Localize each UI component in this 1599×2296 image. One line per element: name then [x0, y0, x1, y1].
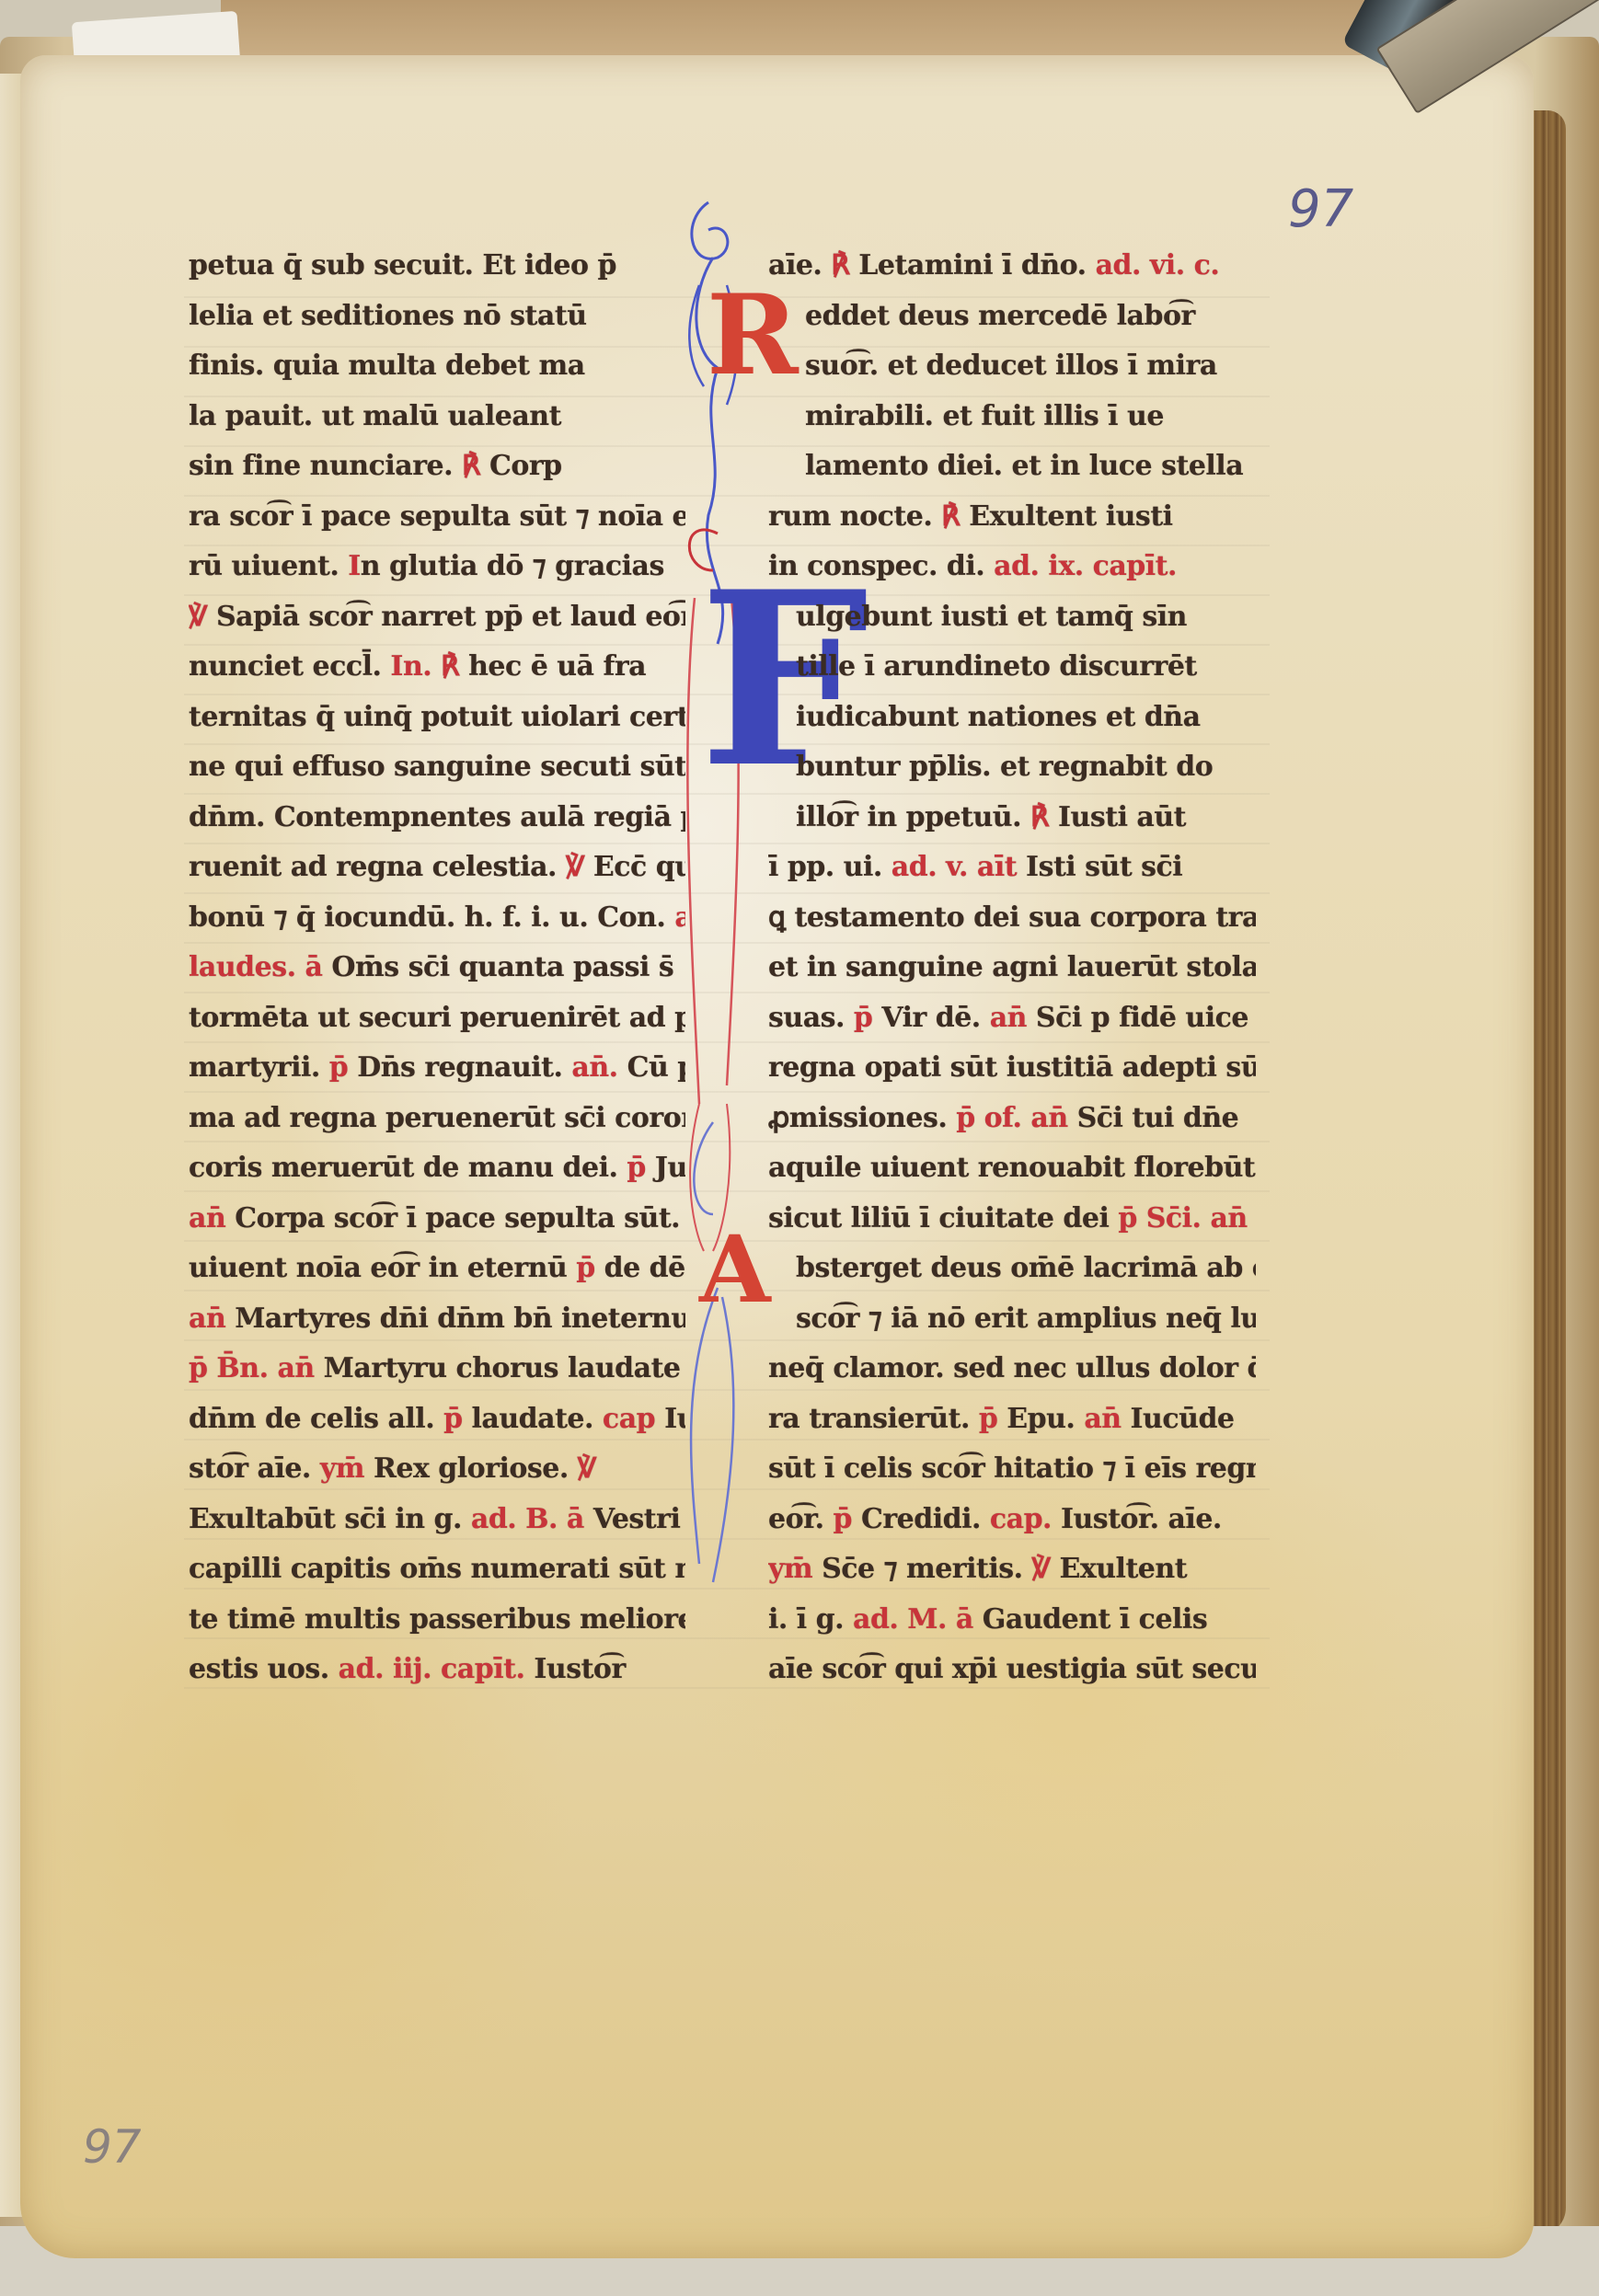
text-segment: Iu — [664, 1403, 685, 1435]
rubric-text: ℣ — [566, 851, 593, 883]
rubric-text: ad. v. aīt — [892, 851, 1026, 883]
text-line: uiuent noīa eo͡r in eternū p̄ de dē. — [189, 1244, 685, 1294]
text-segment: Gaudent ī celis — [983, 1603, 1207, 1636]
text-segment: Iusto͡r. aīe. — [1061, 1503, 1222, 1535]
text-line: la pauit. ut malū ualeant — [189, 392, 685, 442]
text-segment: bsterget deus om̄ē lacrimā ab oculis — [796, 1252, 1256, 1284]
rubric-text: p̄ — [329, 1051, 357, 1084]
rubric-text: ym̄ — [320, 1452, 374, 1485]
text-line: aīe. ℟ Letamini ī dn̄o. ad. vi. c. — [768, 241, 1256, 292]
text-segment: suas. — [768, 1002, 854, 1034]
folio-number-top: 97 — [1288, 179, 1353, 239]
text-segment: i. ī g. — [768, 1603, 853, 1636]
text-segment: aīe sco͡r qui xp̄i uestigia sūt secuti — [768, 1653, 1256, 1685]
text-segment: finis. quia multa debet ma — [189, 350, 585, 382]
rubric-text: ℟ — [831, 249, 858, 281]
text-segment: sūt ī celis sco͡r hitatio ⁊ ī eīs regna — [768, 1452, 1256, 1485]
text-segment: nunciet eccl̄. — [189, 650, 390, 683]
text-line: et in sanguine agni lauerūt stolas — [768, 943, 1256, 993]
text-line: estis uos. ad. iij. capīt. Iusto͡r — [189, 1645, 685, 1695]
text-line: sin fine nunciare. ℟ Corp — [189, 442, 685, 492]
text-segment: sto͡r aīe. — [189, 1452, 320, 1485]
text-segment: la pauit. ut malū ualeant — [189, 400, 561, 432]
rubric-text: ℣ — [578, 1452, 596, 1485]
text-segment: sicut liliū ī ciuitate dei — [768, 1202, 1118, 1234]
text-segment: mirabili. et fuit illis ī ue — [805, 400, 1164, 432]
rubric-text: ym̄ — [768, 1553, 822, 1585]
rubric-text: ℣ — [189, 601, 216, 633]
rubric-text: ℟ — [941, 500, 969, 533]
text-segment: n glutia dō ⁊ gracias — [361, 550, 664, 582]
text-segment: eo͡r. — [768, 1503, 834, 1535]
text-segment: Corp — [489, 450, 562, 482]
rubric-text: ad. M. ā — [853, 1603, 983, 1636]
text-segment: Credidi. — [861, 1503, 990, 1535]
text-line: sūt ī celis sco͡r hitatio ⁊ ī eīs regna — [768, 1444, 1256, 1495]
text-line: ruenit ad regna celestia. ℣ Ecc̄ quā — [189, 843, 685, 893]
text-segment: ra transierūt. — [768, 1403, 979, 1435]
rubric-text: p̄ B̄n. an̄ — [189, 1352, 324, 1384]
text-line: tille ī arundineto discurrēt — [768, 642, 1256, 693]
text-line: Exultabūt sc̄i in g. ad. B. ā Vestri — [189, 1495, 685, 1545]
text-segment: suo͡r. et deducet illos ī mira — [805, 350, 1217, 382]
text-line: sto͡r aīe. ym̄ Rex gloriose. ℣ — [189, 1444, 685, 1495]
rubric-text: p̄ — [834, 1503, 861, 1535]
text-segment: buntur pp̄lis. et regnabit do — [796, 751, 1213, 783]
text-segment: dn̄m de celis all. — [189, 1403, 443, 1435]
text-segment: martyrii. — [189, 1051, 329, 1084]
text-line: finis. quia multa debet ma — [189, 341, 685, 392]
text-line: suas. p̄ Vir dē. an̄ Sc̄i p fidē uice — [768, 993, 1256, 1044]
text-segment: Letamini ī dn̄o. — [858, 249, 1095, 281]
text-segment: Sc̄e ⁊ meritis. — [822, 1553, 1031, 1585]
text-segment: ternitas q̄ uinq̄ potuit uiolari certami — [189, 701, 685, 733]
rubric-text: ℟ — [462, 450, 489, 482]
text-line: buntur pp̄lis. et regnabit do — [768, 742, 1256, 793]
text-segment: de dē. — [604, 1252, 685, 1284]
text-segment: ꝗ testamento dei sua corpora tradider̄ — [768, 901, 1256, 934]
text-segment: dn̄m. Contempnentes aulā regiā pe — [189, 801, 685, 833]
text-segment: Isti sūt sc̄i — [1026, 851, 1182, 883]
text-segment: Jub. — [655, 1152, 685, 1184]
text-segment: ulgebunt iusti et tamq̄ sīn — [796, 601, 1187, 633]
rubric-text: In. ℟ — [390, 650, 468, 683]
text-segment: ma ad regna peruenerūt sc̄i coronas de — [189, 1102, 685, 1134]
rubric-text: ℣ — [1032, 1553, 1060, 1585]
text-line: illo͡r in ppetuū. ℟ Iusti aūt — [768, 793, 1256, 844]
text-line: capilli capitis om̄s numerati sūt noli — [189, 1544, 685, 1595]
text-line: tormēta ut securi peruenirēt ad palmā — [189, 993, 685, 1044]
text-line: dn̄m. Contempnentes aulā regiā pe — [189, 793, 685, 844]
text-segment: illo͡r in ppetuū. — [796, 801, 1030, 833]
text-line: ulgebunt iusti et tamq̄ sīn — [768, 592, 1256, 643]
text-segment: tormēta ut securi peruenirēt ad palmā — [189, 1002, 685, 1034]
text-segment: Et ideo p̄ — [482, 249, 616, 281]
text-line: te timē multis passeribus meliores — [189, 1595, 685, 1646]
rubric-text: ad — [674, 901, 685, 934]
rubric-text: p̄ Sc̄i. an̄ — [1118, 1202, 1247, 1234]
rubric-text: p̄ of. an̄ — [956, 1102, 1076, 1134]
rubric-text: an̄ — [189, 1202, 235, 1234]
rubric-text: ad. ix. capīt. — [994, 550, 1177, 582]
text-segment: sco͡r ⁊ iā nō erit amplius neq̄ luctū — [796, 1303, 1256, 1335]
text-segment: Sc̄i tui dn̄e — [1077, 1102, 1239, 1134]
text-segment: uiuent noīa eo͡r in eternū — [189, 1252, 576, 1284]
text-segment: Iusti aūt — [1058, 801, 1186, 833]
text-segment: Vir dē. — [881, 1002, 989, 1034]
text-line: ra transierūt. p̄ Epu. an̄ Iucūde — [768, 1395, 1256, 1445]
text-line: ym̄ Sc̄e ⁊ meritis. ℣ Exultent — [768, 1544, 1256, 1595]
text-segment: lelia et seditiones nō statū — [189, 300, 587, 332]
text-segment: aquile uiuent renouabit florebūt — [768, 1152, 1255, 1184]
rubric-text: p̄ — [854, 1002, 881, 1034]
rubric-text: an̄. — [571, 1051, 627, 1084]
text-line: mirabili. et fuit illis ī ue — [768, 392, 1256, 442]
text-line: lamento diei. et in luce stella — [768, 442, 1256, 492]
text-segment: coris meruerūt de manu dei. — [189, 1152, 627, 1184]
text-line: ma ad regna peruenerūt sc̄i coronas de — [189, 1094, 685, 1144]
text-line: bonū ⁊ q̄ iocundū. h. f. i. u. Con. ad — [189, 893, 685, 944]
text-segment: estis uos. — [189, 1653, 339, 1685]
text-line: eo͡r. p̄ Credidi. cap. Iusto͡r. aīe. — [768, 1495, 1256, 1545]
text-line: neq̄ clamor. sed nec ullus dolor q̄ p̄o — [768, 1344, 1256, 1395]
text-segment: ꝓmissiones. — [768, 1102, 956, 1134]
text-line: ra sco͡r ī pace sepulta sūt ⁊ noīa eo — [189, 492, 685, 543]
text-segment: neq̄ clamor. sed nec ullus dolor q̄ p̄o — [768, 1352, 1256, 1384]
text-segment: iudicabunt nationes et dn̄a — [796, 701, 1201, 733]
rubric-text: ad. vi. c. — [1096, 249, 1220, 281]
text-segment: tille ī arundineto discurrēt — [796, 650, 1197, 683]
text-segment: ne qui effuso sanguine secuti sūt — [189, 751, 685, 783]
rubric-text: ad. iij. capīt. — [339, 1653, 535, 1685]
text-segment: rū uiuent. — [189, 550, 348, 582]
rubric-text: laudes. ā — [189, 951, 331, 983]
text-line: ī pp. ui. ad. v. aīt Isti sūt sc̄i — [768, 843, 1256, 893]
text-line: coris meruerūt de manu dei. p̄ Jub. — [189, 1143, 685, 1194]
text-line: in conspec. di. ad. ix. capīt. — [768, 542, 1256, 592]
text-segment: Om̄s sc̄i quanta passi s̄ — [331, 951, 673, 983]
text-line: eddet deus mercedē labo͡r — [768, 292, 1256, 342]
text-line: sco͡r ⁊ iā nō erit amplius neq̄ luctū — [768, 1294, 1256, 1345]
rubric-text: p̄ — [979, 1403, 1007, 1435]
text-line: dn̄m de celis all. p̄ laudate. cap Iu — [189, 1395, 685, 1445]
text-segment: Rex gloriose. — [374, 1452, 578, 1485]
text-line: ꝓmissiones. p̄ of. an̄ Sc̄i tui dn̄e — [768, 1094, 1256, 1144]
text-segment: eddet deus mercedē labo͡r — [805, 300, 1195, 332]
rubric-text: I — [348, 550, 361, 582]
rubric-text: ℟ — [1030, 801, 1058, 833]
text-segment: petua q̄ sub secuit. — [189, 249, 482, 281]
folio-number-bottom: 97 — [83, 2120, 142, 2174]
text-line: ternitas q̄ uinq̄ potuit uiolari certami — [189, 693, 685, 743]
rubric-text: p̄ — [576, 1252, 604, 1284]
text-line: petua q̄ sub secuit. Et ideo p̄ — [189, 241, 685, 292]
text-segment: Sapiā sco͡r narret pp̄ et laud eo͡r — [216, 601, 685, 633]
text-segment: Martyres dn̄i dn̄m bn̄ ineternum — [235, 1303, 685, 1335]
text-segment: Cū pal — [627, 1051, 685, 1084]
text-column-left: petua q̄ sub secuit. Et ideo p̄lelia et … — [189, 241, 685, 1695]
text-segment: bonū ⁊ q̄ iocundū. h. f. i. u. Con. — [189, 901, 674, 934]
text-line: ne qui effuso sanguine secuti sūt — [189, 742, 685, 793]
rubric-text: ad. B. ā — [471, 1503, 593, 1535]
text-segment: capilli capitis om̄s numerati sūt noli — [189, 1553, 685, 1585]
text-segment: Corpa sco͡r ī pace sepulta sūt. et — [235, 1202, 685, 1234]
rubric-text: an̄ — [990, 1002, 1036, 1034]
text-line: rum nocte. ℟ Exultent iusti — [768, 492, 1256, 543]
text-line: regna opati sūt iustitiā adepti sūt — [768, 1043, 1256, 1094]
text-segment: te timē multis passeribus meliores — [189, 1603, 685, 1636]
text-segment: et in sanguine agni lauerūt stolas — [768, 951, 1256, 983]
decorated-initial-a: A — [699, 1223, 771, 1315]
rubric-text: cap — [603, 1403, 664, 1435]
text-line: suo͡r. et deducet illos ī mira — [768, 341, 1256, 392]
text-segment: Vestri — [593, 1503, 681, 1535]
text-line: rū uiuent. In glutia dō ⁊ gracias — [189, 542, 685, 592]
text-segment: Dn̄s regnauit. — [357, 1051, 571, 1084]
text-line: an̄ Corpa sco͡r ī pace sepulta sūt. et — [189, 1194, 685, 1245]
text-segment: in conspec. di. — [768, 550, 994, 582]
text-column-right: aīe. ℟ Letamini ī dn̄o. ad. vi. c.eddet … — [768, 241, 1256, 1695]
text-segment: Exultent iusti — [969, 500, 1172, 533]
text-line: p̄ B̄n. an̄ Martyru chorus laudate — [189, 1344, 685, 1395]
text-segment: Ecc̄ quā — [593, 851, 685, 883]
rubric-text: an̄ — [189, 1303, 235, 1335]
text-line: lelia et seditiones nō statū — [189, 292, 685, 342]
rubric-text: an̄ — [1084, 1403, 1130, 1435]
text-segment: sin fine nunciare. — [189, 450, 462, 482]
text-segment: Iusto͡r — [534, 1653, 625, 1685]
rubric-text: cap. — [990, 1503, 1061, 1535]
text-line: i. ī g. ad. M. ā Gaudent ī celis — [768, 1595, 1256, 1646]
text-line: sicut liliū ī ciuitate dei p̄ Sc̄i. an̄ — [768, 1194, 1256, 1245]
text-segment: hec ē uā fra — [468, 650, 646, 683]
text-segment: lamento diei. et in luce stella — [805, 450, 1243, 482]
text-line: bsterget deus om̄ē lacrimā ab oculis — [768, 1244, 1256, 1294]
text-segment: rum nocte. — [768, 500, 941, 533]
text-line: aquile uiuent renouabit florebūt — [768, 1143, 1256, 1194]
text-segment: laudate. — [472, 1403, 603, 1435]
text-segment: Exultabūt sc̄i in g. — [189, 1503, 471, 1535]
previous-leaf-edge — [221, 0, 1435, 60]
text-segment: Epu. — [1007, 1403, 1084, 1435]
text-segment: ra sco͡r ī pace sepulta sūt ⁊ noīa eo — [189, 500, 685, 533]
text-line: aīe sco͡r qui xp̄i uestigia sūt secuti — [768, 1645, 1256, 1695]
text-line: martyrii. p̄ Dn̄s regnauit. an̄. Cū pal — [189, 1043, 685, 1094]
text-segment: Iucūde — [1131, 1403, 1235, 1435]
text-line: an̄ Martyres dn̄i dn̄m bn̄ ineternum — [189, 1294, 685, 1345]
text-line: nunciet eccl̄. In. ℟ hec ē uā fra — [189, 642, 685, 693]
text-segment: ruenit ad regna celestia. — [189, 851, 566, 883]
text-segment: regna opati sūt iustitiā adepti sūt — [768, 1051, 1256, 1084]
rubric-text: p̄ — [443, 1403, 471, 1435]
text-segment: aīe. — [768, 249, 831, 281]
text-line: ꝗ testamento dei sua corpora tradider̄ — [768, 893, 1256, 944]
text-line: ℣ Sapiā sco͡r narret pp̄ et laud eo͡r — [189, 592, 685, 643]
text-segment: Sc̄i p fidē uice — [1036, 1002, 1248, 1034]
text-segment: Martyru chorus laudate — [324, 1352, 681, 1384]
text-segment: ī pp. ui. — [768, 851, 892, 883]
text-segment: Exultent — [1059, 1553, 1187, 1585]
text-line: iudicabunt nationes et dn̄a — [768, 693, 1256, 743]
rubric-text: p̄ — [627, 1152, 654, 1184]
text-line: laudes. ā Om̄s sc̄i quanta passi s̄ — [189, 943, 685, 993]
